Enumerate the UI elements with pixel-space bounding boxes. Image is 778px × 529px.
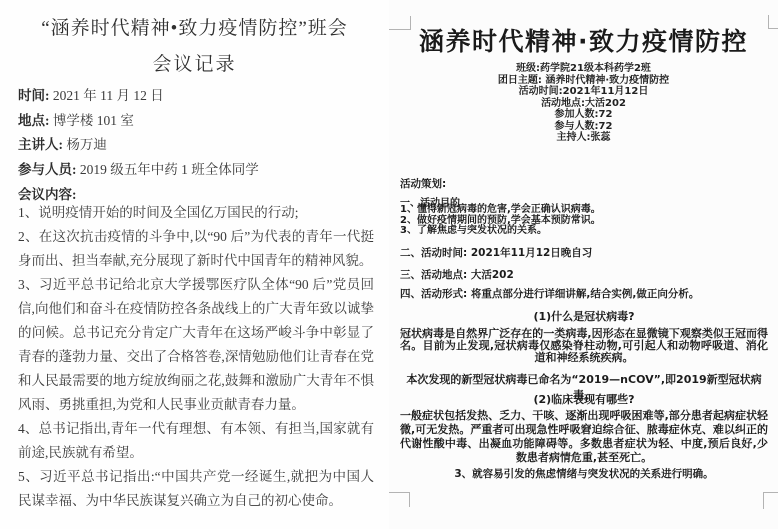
question-1-paragraph: 冠状病毒是自然界广泛存在的一类病毒,因形态在显微镜下观察类似王冠而得名。目前为止…	[400, 328, 768, 365]
plan-place-line: 三、活动地点: 大活202	[400, 267, 768, 282]
header-place: 活动地点:大活202	[389, 98, 778, 110]
meta-label: 主讲人:	[18, 137, 63, 152]
meta-row-place: 地点: 博学楼 101 室	[18, 109, 374, 134]
meeting-content-heading: 会议内容:	[18, 183, 77, 203]
question-1-title: (1)什么是冠状病毒?	[400, 308, 768, 324]
header-attendee-count: 参加人数:72	[389, 109, 778, 121]
header-participant-count: 参与人数:72	[389, 121, 778, 133]
meta-value: 2019 级五年中药 1 班全体同学	[80, 162, 259, 177]
header-theme: 团日主题: 涵养时代精神·致力疫情防控	[389, 75, 778, 87]
purpose-item-3: 3、了解焦虑与突发状况的关系。	[400, 226, 768, 237]
meeting-item-4: 4、总书记指出,青年一代有理想、有本领、有担当,国家就有前途,民族就有希望。	[18, 417, 374, 465]
plan-time-line: 二、活动时间: 2021年11月12日晚自习	[400, 245, 768, 260]
plan-format-line: 四、活动形式: 将重点部分进行详细讲解,结合实例,做正向分析。	[400, 286, 768, 301]
plan-heading: 活动策划:	[400, 176, 768, 191]
meeting-item-3: 3、习近平总书记给北京大学援鄂医疗队全体“90 后”党员回信,向他们和奋斗在疫情…	[18, 273, 374, 417]
meeting-item-5: 5、习近平总书记指出:“中国共产党一经诞生,就把为中国人民谋幸福、为中华民族谋复…	[18, 465, 374, 513]
meeting-content-body: 1、说明疫情开始的时间及全国亿万国民的行动; 2、在这次抗击疫情的斗争中,以“9…	[18, 201, 374, 513]
meta-value: 杨万迪	[66, 137, 107, 152]
meeting-meta: 时间: 2021 年 11 月 12 日 地点: 博学楼 101 室 主讲人: …	[18, 84, 374, 182]
meta-label: 时间:	[18, 88, 50, 103]
header-time: 活动时间:2021年11月12日	[389, 86, 778, 98]
meeting-item-1: 1、说明疫情开始的时间及全国亿万国民的行动;	[18, 201, 374, 225]
header-host: 主持人:张蕊	[389, 132, 778, 144]
meeting-title-line2: 会议记录	[0, 49, 389, 76]
meeting-title-line1: “涵养时代精神•致力疫情防控”班会	[0, 13, 389, 40]
meta-label: 参与人员:	[18, 162, 77, 177]
plan-purpose-items: 1、懂得新冠病毒的危害,学会正确认识病毒。 2、做好疫情期间的预防,学会基本预防…	[400, 205, 768, 237]
purpose-item-1: 1、懂得新冠病毒的危害,学会正确认识病毒。	[400, 205, 768, 216]
meta-row-participants: 参与人员: 2019 级五年中药 1 班全体同学	[18, 158, 374, 183]
meta-value: 博学楼 101 室	[53, 113, 134, 128]
question-2-paragraph: 一般症状包括发热、乏力、干咳、逐渐出现呼吸困难等,部分患者起病症状轻微,可无发热…	[400, 409, 768, 465]
meta-row-speaker: 主讲人: 杨万迪	[18, 133, 374, 158]
final-point-line: 3、就容易引发的焦虑情绪与突发状况的关系进行明确。	[400, 466, 768, 481]
activity-title: 涵养时代精神·致力疫情防控	[389, 22, 778, 58]
meeting-item-2: 2、在这次抗击疫情的斗争中,以“90 后”为代表的青年一代挺身而出、担当奉献,充…	[18, 225, 374, 273]
header-class: 班级:药学院21级本科药学2班	[389, 63, 778, 75]
document-scan: “涵养时代精神•致力疫情防控”班会 会议记录 时间: 2021 年 11 月 1…	[0, 0, 778, 529]
meta-row-time: 时间: 2021 年 11 月 12 日	[18, 84, 374, 109]
activity-header-info: 班级:药学院21级本科药学2班 团日主题: 涵养时代精神·致力疫情防控 活动时间…	[389, 63, 778, 144]
text-boundary-mark-bottom-right	[763, 492, 778, 509]
text-boundary-mark-bottom-left	[389, 492, 410, 507]
meeting-minutes-page: “涵养时代精神•致力疫情防控”班会 会议记录 时间: 2021 年 11 月 1…	[0, 0, 389, 529]
meta-label: 地点:	[18, 113, 50, 128]
meta-value: 2021 年 11 月 12 日	[53, 88, 164, 103]
question-2-title: (2)临床表现有哪些?	[400, 391, 768, 407]
activity-plan-page: 涵养时代精神·致力疫情防控 班级:药学院21级本科药学2班 团日主题: 涵养时代…	[389, 0, 778, 529]
